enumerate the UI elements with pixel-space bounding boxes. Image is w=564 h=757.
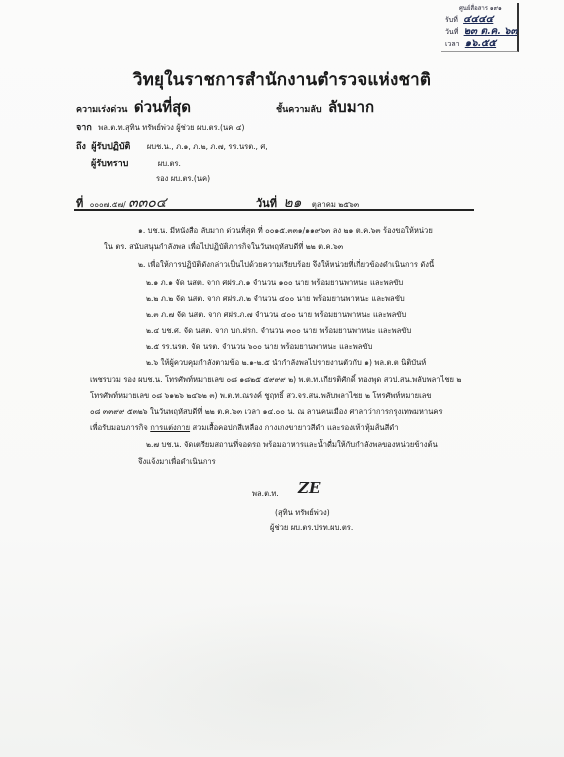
item-2-7: ๒.๗ บช.น. จัดเตรียมสถานที่จอดรถ พร้อมอาห… <box>146 439 438 451</box>
paragraph-1-line-1: ๑. บช.น. มีหนังสือ ลับมาก ด่วนที่สุด ที่… <box>138 225 433 237</box>
stamp-date-row: วันที่ ๒๓ ต.ค. ๖๓ <box>441 26 517 38</box>
item-2-3: ๒.๓ ภ.๗ จัด นสต. จาก ศฝร.ภ.๗ จำนวน ๔๐๐ น… <box>146 309 406 321</box>
item-2-2: ๒.๒ ภ.๒ จัด นสต. จาก ศฝร.ภ.๒ จำนวน ๔๐๐ น… <box>146 293 405 305</box>
item-2-6-line-5: เพื่อรับมอบภารกิจ การแต่งกาย สวมเสื้อคอป… <box>90 422 398 434</box>
paragraph-1-line-2: ใน ตร. สนับสนุนกำลังพล เพื่อไปปฏิบัติภาร… <box>104 241 343 253</box>
dress-code-label: การแต่งกาย <box>150 423 190 432</box>
stamp-receipt-number: ๔๔๔๔ <box>463 14 493 25</box>
signature-position: ผู้ช่วย ผบ.ตร.ปรท.ผบ.ตร. <box>270 522 353 534</box>
from-value: พล.ต.ท.สุทิน ทรัพย์พ่วง ผู้ช่วย ผบ.ตร.(น… <box>98 123 244 132</box>
signature-rank: พล.ต.ท. <box>252 488 279 500</box>
item-2-6-line-5-pre: เพื่อรับมอบภารกิจ <box>90 423 150 432</box>
stamp-receipt-row: รับที่ ๔๔๔๔ <box>441 14 517 26</box>
stamp-date: ๒๓ ต.ค. ๖๓ <box>464 26 518 37</box>
stamp-date-label: วันที่ <box>445 28 458 36</box>
info-recipients-label: ผู้รับทราบ <box>91 159 128 169</box>
paper-bleed-through <box>60 600 520 750</box>
item-2-5: ๒.๕ รร.นรต. จัด นรต. จำนวน ๖๐๐ นาย พร้อม… <box>146 341 372 353</box>
item-2-6-line-2: เพชรบวม รอง ผบช.น. โทรศัพท์หมายเลข ๐๘ ๑๘… <box>90 374 461 386</box>
secrecy-label: ชั้นความลับ <box>276 105 322 115</box>
item-2-4: ๒.๔ บช.ศ. จัด นสต. จาก บก.ฝรก. จำนวน ๓๐๐… <box>146 325 411 337</box>
from-row: จาก พล.ต.ท.สุทิน ทรัพย์พ่วง ผู้ช่วย ผบ.ต… <box>76 120 244 134</box>
stamp-time-label: เวลา <box>445 40 460 48</box>
reference-prefix: ๐๐๐๗.๕๗/ <box>90 200 126 209</box>
header-divider <box>74 209 474 211</box>
closing-line: จึงแจ้งมาเพื่อดำเนินการ <box>138 456 216 468</box>
receipt-stamp: ศูนย์สื่อสาร ๑๙๑ รับที่ ๔๔๔๔ วันที่ ๒๓ ต… <box>441 3 519 52</box>
reference-row: ที่ ๐๐๐๗.๕๗/ ๓๓๐๔ <box>76 192 166 214</box>
to-label: ถึง <box>76 142 86 152</box>
stamp-receipt-label: รับที่ <box>445 16 458 24</box>
info-recipients-value-1: ผบ.ตร. <box>158 159 181 168</box>
info-recipients-value-2: รอง ผบ.ตร.(นค) <box>156 173 210 185</box>
item-2-6-line-5-post: สวมเสื้อคอปกสีเหลือง กางเกงขายาวสีดำ และ… <box>190 423 398 432</box>
secrecy-value: ลับมาก <box>328 98 374 116</box>
from-label: จาก <box>76 123 92 133</box>
signature-mark: ZE <box>298 479 320 497</box>
document-title: วิทยุในราชการสำนักงานตำรวจแห่งชาติ <box>0 66 564 93</box>
urgency-row: ความเร่งด่วน ด่วนที่สุด <box>76 95 191 119</box>
document-page: ศูนย์สื่อสาร ๑๙๑ รับที่ ๔๔๔๔ วันที่ ๒๓ ต… <box>0 0 564 757</box>
stamp-header: ศูนย์สื่อสาร ๑๙๑ <box>441 3 517 14</box>
urgency-value: ด่วนที่สุด <box>134 98 191 116</box>
item-2-6-line-3: โทรศัพท์หมายเลข ๐๘ ๖๑๒๖ ๒๔๖๒ ๓) พ.ต.ท.ณร… <box>90 390 432 402</box>
stamp-time-row: เวลา ๑๖.๕๕ <box>441 38 517 50</box>
info-row: ผู้รับทราบ ผบ.ตร. <box>91 156 181 170</box>
item-2-1: ๒.๑ ภ.๑ จัด นสต. จาก ศฝร.ภ.๑ จำนวน ๑๐๐ น… <box>146 277 403 289</box>
paragraph-2-intro: ๒. เพื่อให้การปฏิบัติดังกล่าวเป็นไปด้วยค… <box>138 259 434 271</box>
to-action-row: ถึง ผู้รับปฏิบัติ ผบช.น., ภ.๑, ภ.๒, ภ.๗,… <box>76 139 268 153</box>
date-row: วันที่ ๒๑ ตุลาคม ๒๕๖๓ <box>256 192 359 214</box>
stamp-time: ๑๖.๕๕ <box>465 38 496 49</box>
action-recipients-label: ผู้รับปฏิบัติ <box>91 142 130 152</box>
action-recipients-value: ผบช.น., ภ.๑, ภ.๒, ภ.๗, รร.นรต., ศ, <box>147 142 268 151</box>
signature-name: (สุทิน ทรัพย์พ่วง) <box>275 507 330 519</box>
secrecy-row: ชั้นความลับ ลับมาก <box>276 95 374 119</box>
date-month-year: ตุลาคม ๒๕๖๓ <box>312 200 359 209</box>
urgency-label: ความเร่งด่วน <box>76 105 127 115</box>
item-2-6-line-1: ๒.๖ ให้ผู้ควบคุมกำลังตามข้อ ๒.๑-๒.๕ นำกำ… <box>146 357 426 369</box>
item-2-6-line-4: ๐๘ ๓๓๙๙ ๕๓๒๖ ในวันพฤหัสบดีที่ ๒๒ ต.ค.๖๓ … <box>90 406 443 418</box>
